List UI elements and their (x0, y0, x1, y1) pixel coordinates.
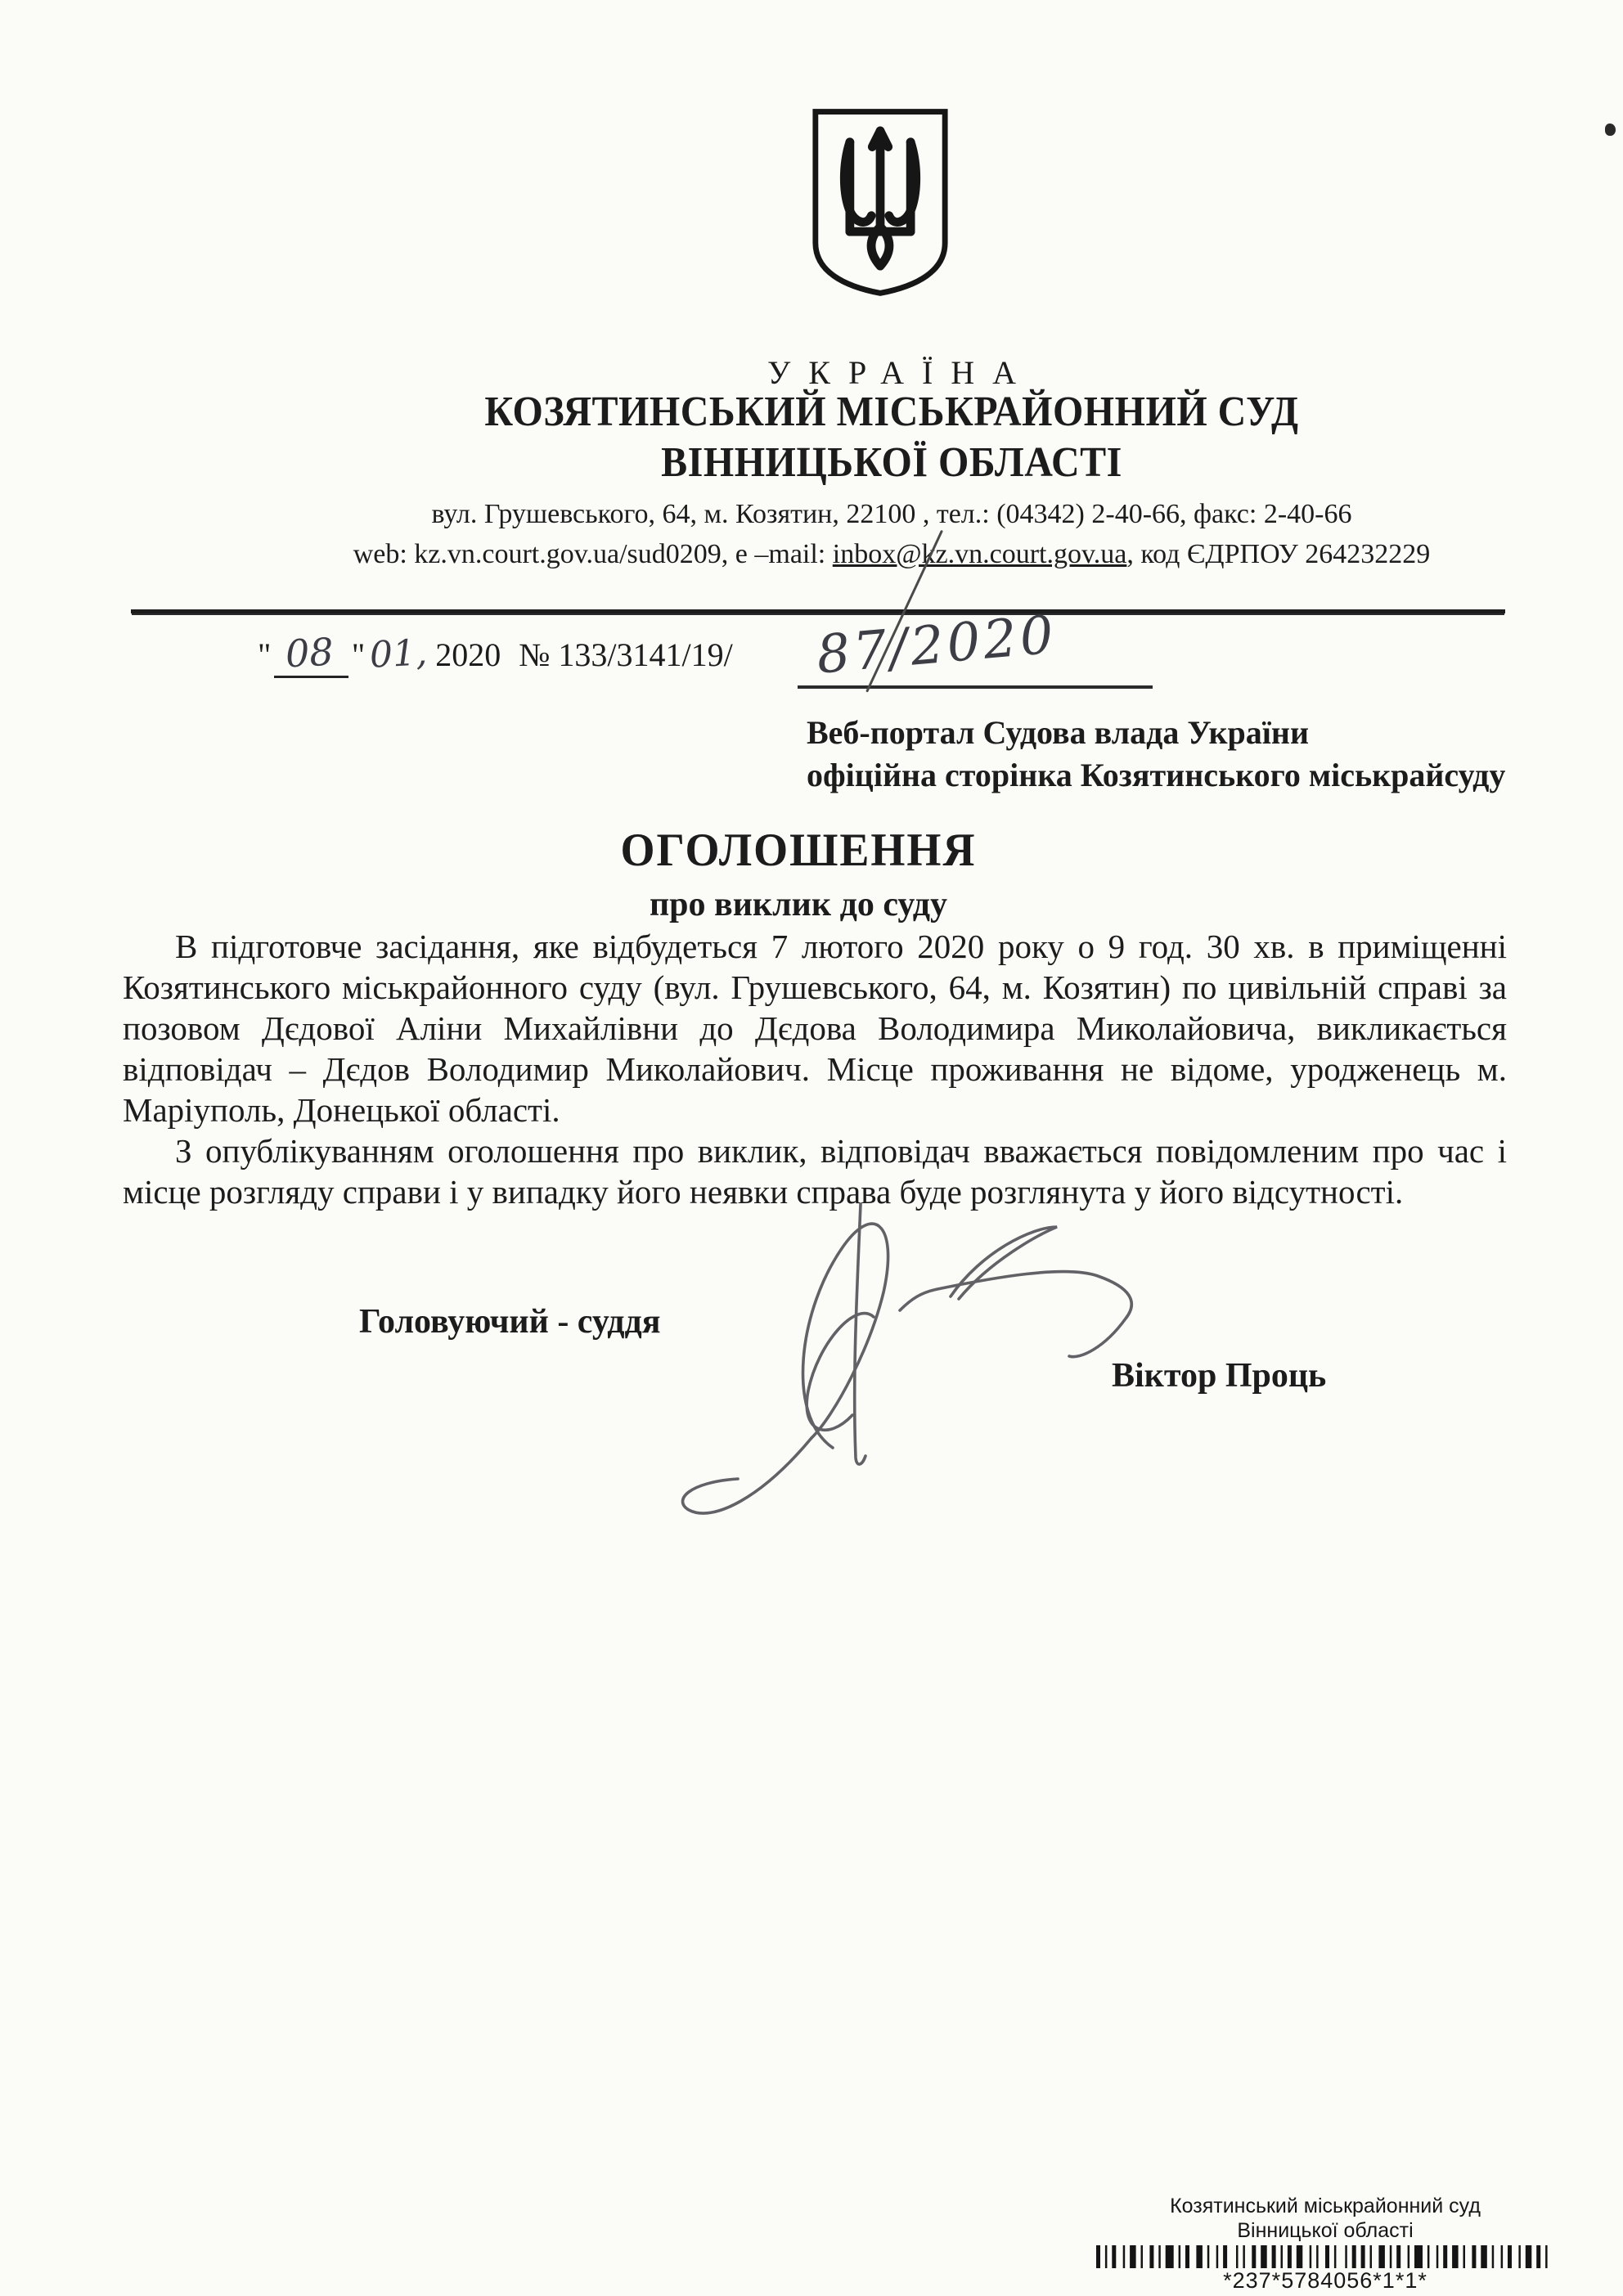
registration-stamp: Козятинський міськрайонний суд Вінницько… (1096, 2194, 1554, 2293)
country-name: УКРАЇНА (164, 353, 1620, 392)
court-name-line1: КОЗЯТИНСЬКИЙ МІСЬКРАЙОННИЙ СУД (164, 388, 1620, 436)
reference-year: 2020 (435, 636, 501, 673)
court-name-line2: ВІННИЦЬКОЇ ОБЛАСТІ (164, 438, 1620, 487)
signer-role: Головуючий - суддя (359, 1302, 660, 1341)
scan-artifact-speck (1605, 124, 1616, 136)
stamp-court-line1: Козятинський міськрайонний суд (1096, 2194, 1554, 2218)
document-barcode (1096, 2245, 1554, 2268)
ukraine-trident-emblem (810, 106, 951, 298)
court-email: inbox@kz.vn.court.gov.ua (833, 539, 1127, 569)
court-address: вул. Грушевського, 64, м. Козятин, 22100… (164, 499, 1620, 530)
registry-number-underline (798, 685, 1153, 689)
handwritten-day: 08 (285, 631, 335, 676)
addressee-line2: офіційна сторінка Козятинського міськрай… (807, 754, 1505, 797)
handwritten-month: 01, (369, 631, 429, 677)
addressee-line1: Веб-портал Судова влада України (807, 712, 1505, 754)
document-title: ОГОЛОШЕННЯ (123, 823, 1474, 876)
court-web-contacts: web: kz.vn.court.gov.ua/sud0209, e –mail… (164, 539, 1620, 570)
reference-line: "08"01,2020№ 133/3141/19/ (258, 631, 733, 676)
judge-signature (638, 1170, 1178, 1554)
body-paragraph-1: В підготовче засідання, яке відбудеться … (123, 926, 1507, 1130)
addressee-block: Веб-портал Судова влада України офіційна… (807, 712, 1505, 797)
scanned-court-letter-page: УКРАЇНА КОЗЯТИНСЬКИЙ МІСЬКРАЙОННИЙ СУД В… (0, 0, 1623, 2296)
web-prefix: web: kz.vn.court.gov.ua/sud0209, e –mail… (353, 539, 833, 569)
barcode-text: *237*5784056*1*1* (1096, 2268, 1554, 2293)
web-suffix: , код ЄДРПОУ 264232229 (1126, 539, 1430, 569)
letterhead-separator-rule (131, 609, 1505, 613)
stamp-court-line2: Вінницької області (1096, 2218, 1554, 2243)
handwritten-registry-number: 87/2020 (814, 604, 1059, 685)
document-subtitle: про виклик до суду (123, 885, 1474, 924)
quote-close: " (352, 636, 365, 673)
quote-open: " (258, 636, 271, 673)
case-number: № 133/3141/19/ (519, 636, 733, 673)
